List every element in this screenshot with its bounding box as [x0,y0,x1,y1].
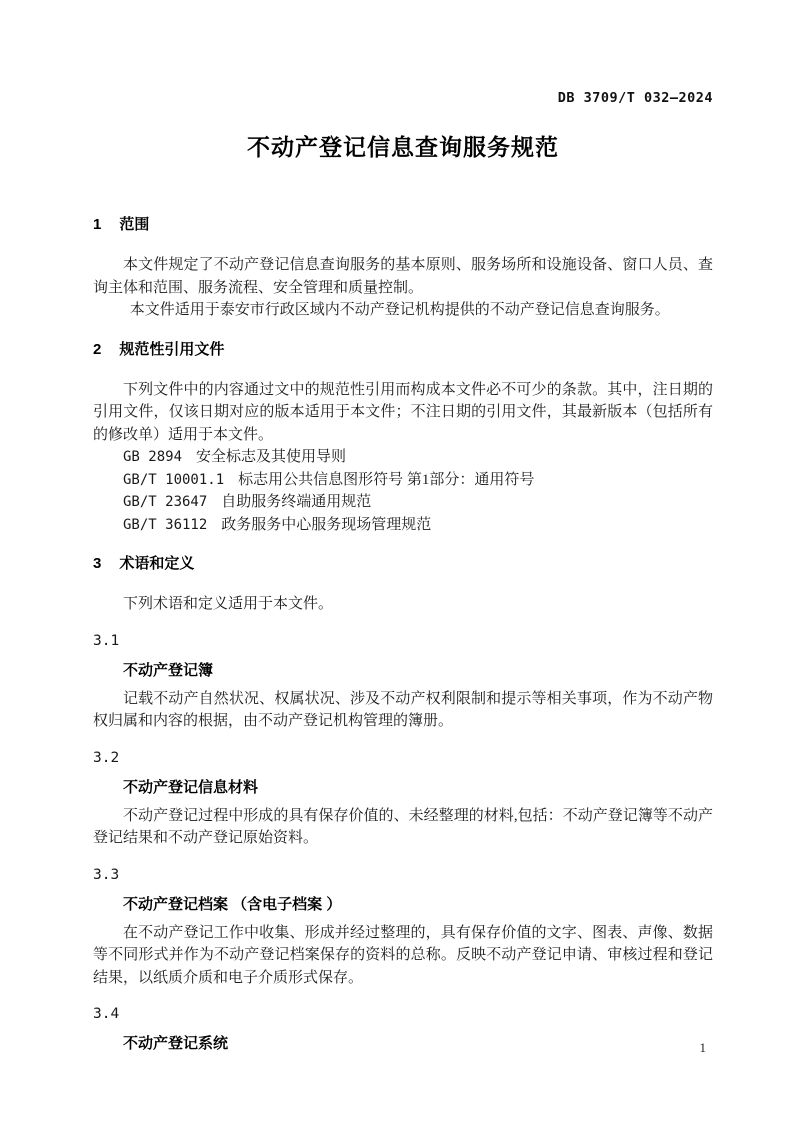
section-normative-references: 2规范性引用文件 下列文件中的内容通过文中的规范性引用而构成本文件必不可少的条款… [93,339,713,537]
section-title: 术语和定义 [119,555,194,572]
section-heading-scope: 1范围 [93,214,713,236]
reference-code: GB 2894 [123,449,182,465]
section-number: 1 [93,216,101,233]
scope-paragraph: 本文件规定了不动产登记信息查询服务的基本原则、服务场所和设施设备、窗口人员、查询… [93,254,713,299]
term-entry: 3.1 不动产登记簿 记载不动产自然状况、权属状况、涉及不动产权利限制和提示等相… [93,630,713,733]
reference-item: GB/T 23647自助服务终端通用规范 [93,491,713,514]
reference-item: GB 2894安全标志及其使用导则 [93,446,713,469]
section-number: 2 [93,341,101,358]
scope-paragraph: 本文件适用于泰安市行政区域内不动产登记机构提供的不动产登记信息查询服务。 [93,299,713,322]
term-definition: 不动产登记过程中形成的具有保存价值的、未经整理的材料,包括：不动产登记簿等不动产… [93,805,713,850]
term-name: 不动产登记信息材料 [93,777,713,799]
term-number: 3.1 [93,630,713,652]
reference-code: GB/T 10001.1 [123,472,224,488]
section-scope: 1范围 本文件规定了不动产登记信息查询服务的基本原则、服务场所和设施设备、窗口人… [93,214,713,322]
term-name: 不动产登记档案 （含电子档案 ） [93,894,713,916]
term-name: 不动产登记簿 [93,660,713,682]
section-title: 范围 [119,216,149,233]
term-name: 不动产登记系统 [93,1033,713,1055]
reference-code: GB/T 23647 [123,494,207,510]
doc-number: DB 3709/T 032—2024 [93,90,713,106]
reference-code: GB/T 36112 [123,517,207,533]
term-number: 3.3 [93,864,713,886]
reference-title: 标志用公共信息图形符号 第1部分：通用符号 [238,472,534,488]
document-page: DB 3709/T 032—2024 不动产登记信息查询服务规范 1范围 本文件… [0,0,800,1132]
term-number: 3.2 [93,747,713,769]
reference-title: 政务服务中心服务现场管理规范 [221,517,431,533]
references-paragraph: 下列文件中的内容通过文中的规范性引用而构成本文件必不可少的条款。其中，注日期的引… [93,379,713,447]
page-number: 1 [700,1040,707,1056]
term-definition: 在不动产登记工作中收集、形成并经过整理的，具有保存价值的文字、图表、声像、数据等… [93,922,713,990]
doc-title: 不动产登记信息查询服务规范 [93,132,713,162]
reference-title: 自助服务终端通用规范 [221,494,371,510]
section-heading-terms: 3术语和定义 [93,553,713,575]
section-title: 规范性引用文件 [119,341,224,358]
term-entry: 3.2 不动产登记信息材料 不动产登记过程中形成的具有保存价值的、未经整理的材料… [93,747,713,850]
term-entry: 3.3 不动产登记档案 （含电子档案 ） 在不动产登记工作中收集、形成并经过整理… [93,864,713,990]
terms-intro: 下列术语和定义适用于本文件。 [93,593,713,616]
reference-title: 安全标志及其使用导则 [196,449,346,465]
section-number: 3 [93,555,101,572]
reference-item: GB/T 10001.1标志用公共信息图形符号 第1部分：通用符号 [93,469,713,492]
term-number: 3.4 [93,1003,713,1025]
term-definition: 记载不动产自然状况、权属状况、涉及不动产权利限制和提示等相关事项，作为不动产物权… [93,688,713,733]
term-entry: 3.4 不动产登记系统 [93,1003,713,1055]
section-terms-definitions: 3术语和定义 下列术语和定义适用于本文件。 3.1 不动产登记簿 记载不动产自然… [93,553,713,1055]
section-heading-references: 2规范性引用文件 [93,339,713,361]
reference-item: GB/T 36112政务服务中心服务现场管理规范 [93,514,713,537]
